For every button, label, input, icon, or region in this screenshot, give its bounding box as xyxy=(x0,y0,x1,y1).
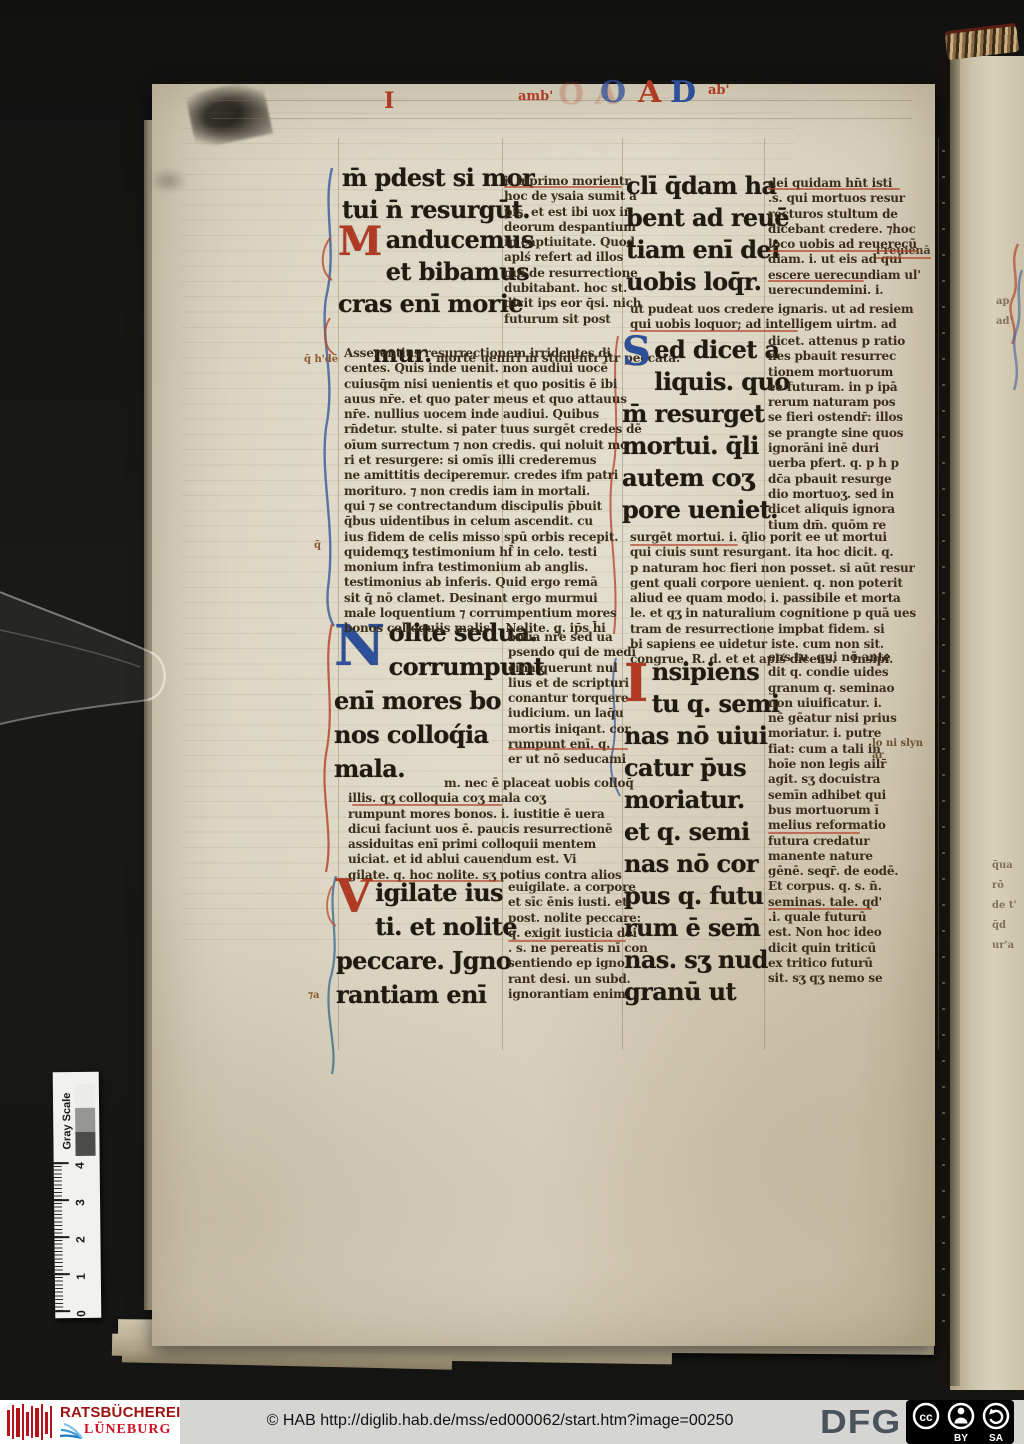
lemma-block: M anducemuset bibamuscras enī morie xyxy=(338,224,523,320)
text-line: cina querunt nul xyxy=(508,661,636,676)
text-line: semīn adhibet qui xyxy=(768,788,898,803)
text-line: aliud ee quam modo. i. passibile et mort… xyxy=(630,591,916,606)
rubric-underline xyxy=(768,250,918,252)
text-line: nr̄e. nullius uocem inde audiui. Quibus xyxy=(344,407,642,422)
text-line: deorum despantium xyxy=(504,220,641,235)
text-line: omīa nr̄e sed ua xyxy=(508,630,636,645)
text-line: granum q. seminao xyxy=(768,681,898,696)
text-line: le. et qʒ in naturalium cognitione p quā… xyxy=(630,606,916,621)
cc-license-badge[interactable]: cc BY SA xyxy=(906,1400,1014,1444)
text-line: rn̄detur. stulte. si pater tuus surgēt c… xyxy=(344,422,642,437)
rubric-underline xyxy=(630,544,738,546)
cc-sa-icon xyxy=(984,1404,1008,1428)
book-icon xyxy=(58,1422,84,1440)
rubric-underline xyxy=(768,908,872,910)
text-line: .s. qui mortuos resur xyxy=(768,191,921,206)
text-line: qui ⁊ se contrectandum discipulis p̄buit xyxy=(344,499,642,514)
text-line: tiam enī dei xyxy=(626,234,789,266)
text-line: agit. sʒ docuistra xyxy=(768,772,898,787)
text-line: dicet. attenus p ratio xyxy=(768,334,905,349)
text-line: dicet aliquis ignora xyxy=(768,502,905,517)
lemma-block: I nsipienstu q. seminas nō uiuicatur p̄u… xyxy=(624,656,768,1008)
text-line: dicit quin triticū xyxy=(768,941,898,956)
ruler-tick xyxy=(55,1310,70,1312)
text-line: monium infra testimonium ab anglis. xyxy=(344,560,642,575)
rubric-underline xyxy=(630,330,798,332)
gloss-block: m. nec ē placeat uobis colloq̄illis. qʒ … xyxy=(348,776,634,883)
text-line: rum ē sem̄ xyxy=(624,912,768,944)
text-line: dubitabant. hoc st. xyxy=(504,281,641,296)
text-line: surgēt mortui. i. q̄lio porit ee ut mort… xyxy=(630,530,916,545)
margin-paraph: q̄ xyxy=(314,540,321,552)
page-holder-clamp xyxy=(0,572,180,752)
text-line: conantur torquere xyxy=(508,691,636,706)
lemma-block: N olite sedua.corrumpuntenī mores bonos … xyxy=(334,616,501,786)
text-line: oīum surrectum ⁊ non credis. qui noluit … xyxy=(344,438,642,453)
text-line: rō xyxy=(992,876,1017,896)
rubric-underline xyxy=(504,186,622,188)
margin-paraph: ⁊a xyxy=(308,990,319,1002)
manuscript-page: I amb' O A O A D ab' m̄ pdest si mortui … xyxy=(152,84,935,1346)
text-line: m̄ resurget xyxy=(622,398,778,430)
gray-patch xyxy=(75,1132,95,1156)
text-line: in captiuitate. Quod xyxy=(504,235,641,250)
library-bars-icon xyxy=(6,1403,58,1441)
text-line: tionem mortuorum xyxy=(768,365,905,380)
text-line: sit q̄ nō clamet. Desinant ergo murmui xyxy=(344,591,642,606)
text-line: uobis loq̄r. xyxy=(626,266,789,298)
lemma-block: V igilate iusti. et nolitepeccare. Jgnor… xyxy=(336,876,511,1012)
text-line: uiciat. et id ablui cauendum est. Vi xyxy=(348,852,634,867)
text-line: de t' xyxy=(992,896,1017,916)
text-line: Et corpus. q. s. n̄. xyxy=(768,879,898,894)
text-line: rantiam enī xyxy=(336,978,511,1012)
gray-patch xyxy=(75,1084,95,1108)
text-line: ut pudeat uos credere ignaris. ut ad res… xyxy=(630,302,913,317)
facing-page-text-fragment: q̄uarōde t'q̄dur'a xyxy=(992,856,1017,956)
rubric-underline xyxy=(768,832,860,834)
text-line: nos colloq́ia xyxy=(334,718,501,752)
margin-paraph: q̄ h'dē xyxy=(304,354,338,366)
text-line: bus mortuorum ī xyxy=(768,803,898,818)
text-line: qui ciuis sunt resurgant. ita hoc dicit.… xyxy=(630,545,916,560)
text-line: psendo qui de medi xyxy=(508,645,636,660)
text-line: dicebant credere. ⁊hoc xyxy=(768,222,921,237)
gloss-block: Asserentius resurrectionem irridentes di… xyxy=(344,346,642,637)
text-line: pore ueniet. xyxy=(622,494,778,526)
header-abbrev-left: amb' xyxy=(518,90,553,104)
text-line: q̄bus uidentibus in celum ascendit. cu xyxy=(344,514,642,529)
text-line: dit q. condie uides xyxy=(768,665,898,680)
text-line: pls. et est ibi uox in xyxy=(504,205,641,220)
header-letter-o: O xyxy=(600,78,626,108)
ruler-tick xyxy=(54,1199,69,1201)
text-line: uerecundemini. i. xyxy=(768,283,921,298)
cc-by-label: BY xyxy=(954,1433,968,1444)
text-line: cras enī morie xyxy=(338,288,523,320)
text-line: bent ad reuē xyxy=(626,202,789,234)
ruler-tick xyxy=(55,1273,70,1275)
text-line: dicit ips eor q̄si. nich xyxy=(504,296,641,311)
text-line: nas nō cor xyxy=(624,848,768,880)
text-line: quidemqʒ testimonium hf̄ in celo. testi xyxy=(344,545,642,560)
grayscale-label: Gray Scale xyxy=(60,1076,75,1166)
text-line: se prangte sine quos xyxy=(768,426,905,441)
text-line: catur p̄us xyxy=(624,752,768,784)
library-name: RATSBÜCHEREI xyxy=(60,1405,180,1421)
text-line: ur'a xyxy=(992,936,1017,956)
text-line: granū ut xyxy=(624,976,768,1008)
text-line: moriatur. xyxy=(624,784,768,816)
text-line: tram de resurrectione impbat fidem. si xyxy=(630,622,916,637)
ruler-number: 1 xyxy=(75,1268,87,1280)
text-line: manente nature xyxy=(768,849,898,864)
text-line: cuiusq̄m nisi uenientis et quo positis ē… xyxy=(344,377,642,392)
library-logo: RATSBÜCHEREI LÜNEBURG xyxy=(0,1400,180,1444)
text-line: .i. quale futurū xyxy=(768,910,898,925)
rubric-underline xyxy=(768,188,900,190)
text-line: futurum sit post xyxy=(504,312,641,327)
text-line: se fieri ostendr̄: illos xyxy=(768,410,905,425)
ruler-number: 3 xyxy=(74,1194,86,1206)
text-line: ius fidem de celis misso spū orbis recep… xyxy=(344,530,642,545)
gloss-block: ut pudeat uos credere ignaris. ut ad res… xyxy=(630,302,913,333)
dfg-logo: DFG xyxy=(820,1402,901,1442)
text-line: rumpunt enī. q. xyxy=(508,737,636,752)
text-line: dicui faciunt uos ē. paucis resurrection… xyxy=(348,822,634,837)
facing-page-flourish xyxy=(1004,240,1024,400)
gloss-block: dicet. attenus p rationes pbauit resurre… xyxy=(768,334,905,533)
ruler-number: 2 xyxy=(74,1231,86,1243)
text-line: q̄d xyxy=(992,916,1017,936)
header-rule xyxy=(212,118,912,119)
ruler-number: 0 xyxy=(75,1305,87,1317)
gloss-block: i. inprimo morientrhoc de ysaia sumit ap… xyxy=(504,174,641,327)
text-line: enī mores bo xyxy=(334,684,501,718)
text-line: ex tritico futurū xyxy=(768,956,898,971)
column-rule xyxy=(938,138,939,1050)
text-line: lius et de scripturi xyxy=(508,676,636,691)
rubric-underline xyxy=(360,880,500,882)
text-line: nas. sʒ nud xyxy=(624,944,768,976)
text-line: iudicium. un laq̄u xyxy=(508,706,636,721)
gloss-block: ens tu. qui nō antedit q. condie uidesgr… xyxy=(768,650,898,987)
marginal-note: lo ni slyn ār xyxy=(872,738,935,762)
rubric-underline xyxy=(352,804,502,806)
cc-sa-label: SA xyxy=(989,1433,1003,1444)
library-city: LÜNEBURG xyxy=(84,1422,171,1438)
ruler-tick xyxy=(54,1162,69,1164)
header-letter-d: D xyxy=(670,78,696,108)
text-line: male loquentium ⁊ corrumpentium mores xyxy=(344,606,642,621)
grayscale-calibration-ruler: Gray Scale 43210 xyxy=(53,1072,102,1318)
text-line: er ut nō seducami xyxy=(508,752,636,767)
text-line: rerum naturam pos xyxy=(768,395,905,410)
text-line: sit. sʒ qʒ nemo se xyxy=(768,971,898,986)
ruler-major-ticks: 43210 xyxy=(54,1162,102,1318)
rubric-underline xyxy=(508,748,628,750)
text-line: q̄ua xyxy=(992,856,1017,876)
text-line: ri et resurgere: si omīs illi crederemus xyxy=(344,453,642,468)
text-line: pus q. futu xyxy=(624,880,768,912)
gloss-block: surgēt mortui. i. q̄lio porit ee ut mort… xyxy=(630,530,916,668)
rubric-underline xyxy=(508,940,626,942)
cc-icon-text: cc xyxy=(919,1410,933,1424)
lemma-block: clī q̄dam habent ad reuētiam enī deiuobi… xyxy=(626,170,789,298)
text-line: et q. semi xyxy=(624,816,768,848)
header-letter-a: A xyxy=(638,78,661,108)
ruler-number: 4 xyxy=(74,1157,86,1169)
text-line: centes. Quis inde uenit. non audiui uocē xyxy=(344,361,642,376)
text-line: nas nō uiui xyxy=(624,720,768,752)
text-line: m. nec ē placeat uobis colloq̄ xyxy=(444,776,634,791)
rubricated-initial-s: S xyxy=(622,334,650,370)
text-line: assiduitas enī primi colloquii mentem xyxy=(348,837,634,852)
text-line: Asserentius resurrectionem irridentes di xyxy=(344,346,642,361)
text-line: aplś refert ad illos xyxy=(504,250,641,265)
text-line: est. Non hoc ideo xyxy=(768,925,898,940)
text-line: dc̄a pbauit resurge xyxy=(768,472,905,487)
text-line: clī q̄dam ha xyxy=(626,170,789,202)
text-line: uerba pfert. q. p h p xyxy=(768,456,905,471)
rubric-underline xyxy=(768,280,864,282)
text-line: nē gēatur nisi prius xyxy=(768,711,898,726)
ruler-tick xyxy=(54,1236,69,1238)
text-line: testimonius ab inferis. Quid ergo remā xyxy=(344,575,642,590)
text-line: futura credatur xyxy=(768,834,898,849)
text-line: auus nr̄e. et quo pater meus et quo atta… xyxy=(344,392,642,407)
text-line: qui de resurrectione xyxy=(504,266,641,281)
text-line: p naturam hoc fieri non posset. si aūt r… xyxy=(630,561,916,576)
header-abbrev-right: ab' xyxy=(708,84,730,98)
text-line: non uiuificatur. i. xyxy=(768,696,898,711)
text-line: ee futuram. in p ipā xyxy=(768,380,905,395)
text-line: peccare. Jgno xyxy=(336,944,511,978)
text-line: mortis iniqant. cor xyxy=(508,722,636,737)
text-line: ens tu. qui nō ante xyxy=(768,650,898,665)
lemma-block: S ed dicet aliquis. quom̄ resurgetmortui… xyxy=(622,334,778,526)
prick-marks xyxy=(942,150,945,1330)
rubricated-initial-m: M xyxy=(338,224,382,260)
text-line: ne amittitis deciperemur. credes ifm pat… xyxy=(344,468,642,483)
text-line: ignorāni inē duri xyxy=(768,441,905,456)
text-line: autem coʒ xyxy=(622,462,778,494)
cc-by-icon xyxy=(949,1404,973,1428)
grayscale-patches xyxy=(75,1084,96,1156)
text-line: nes pbauit resurrec xyxy=(768,349,905,364)
text-line: dio mortuoʒ. sed in xyxy=(768,487,905,502)
text-line: hoc de ysaia sumit a xyxy=(504,189,641,204)
text-line: gēnē. seqr̄. de eodē. xyxy=(768,864,898,879)
text-line: recturos stultum de xyxy=(768,207,921,222)
text-line: rumpunt mores bonos. i. iustitie ē uera xyxy=(348,807,634,822)
scan-scene: apad' q̄uarōde t'q̄dur'a I amb' O A O A … xyxy=(0,0,1024,1444)
copyright-link[interactable]: © HAB http://diglib.hab.de/mss/ed000062/… xyxy=(180,1411,820,1431)
text-line: morituro. ⁊ non credis iam in mortali. xyxy=(344,484,642,499)
header-numeral: I xyxy=(384,86,394,116)
text-line: mortui. q̄li xyxy=(622,430,778,462)
text-line: gent quali corpore uenient. q. non poter… xyxy=(630,576,916,591)
gray-patch xyxy=(75,1108,95,1132)
